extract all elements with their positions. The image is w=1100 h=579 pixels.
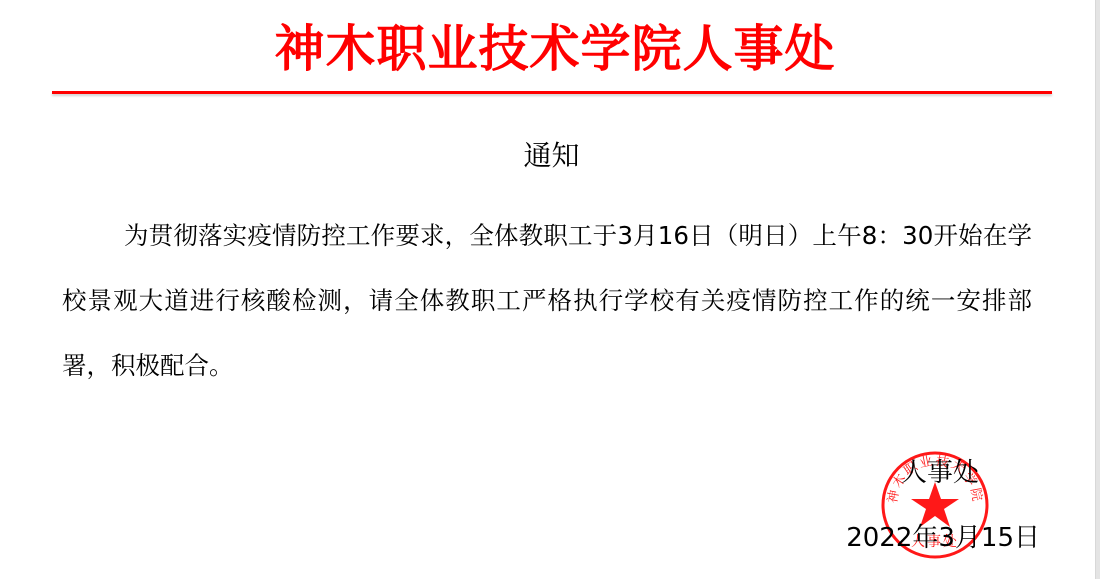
notice-title: 通知 <box>0 136 1100 176</box>
window-edge-scrollbar[interactable] <box>1095 0 1100 579</box>
notice-body: 为贯彻落实疫情防控工作要求，全体教职工于3月16日（明日）上午8：30开始在学校… <box>62 203 1032 398</box>
issue-date: 2022年3月15日 <box>830 518 1040 558</box>
masthead-title: 神木职业技术学院人事处 <box>0 18 1100 80</box>
red-divider-rule <box>52 91 1052 94</box>
signature-department: 人事处 <box>890 453 990 493</box>
document-page: 神木职业技术学院人事处 通知 为贯彻落实疫情防控工作要求，全体教职工于3月16日… <box>0 0 1095 579</box>
